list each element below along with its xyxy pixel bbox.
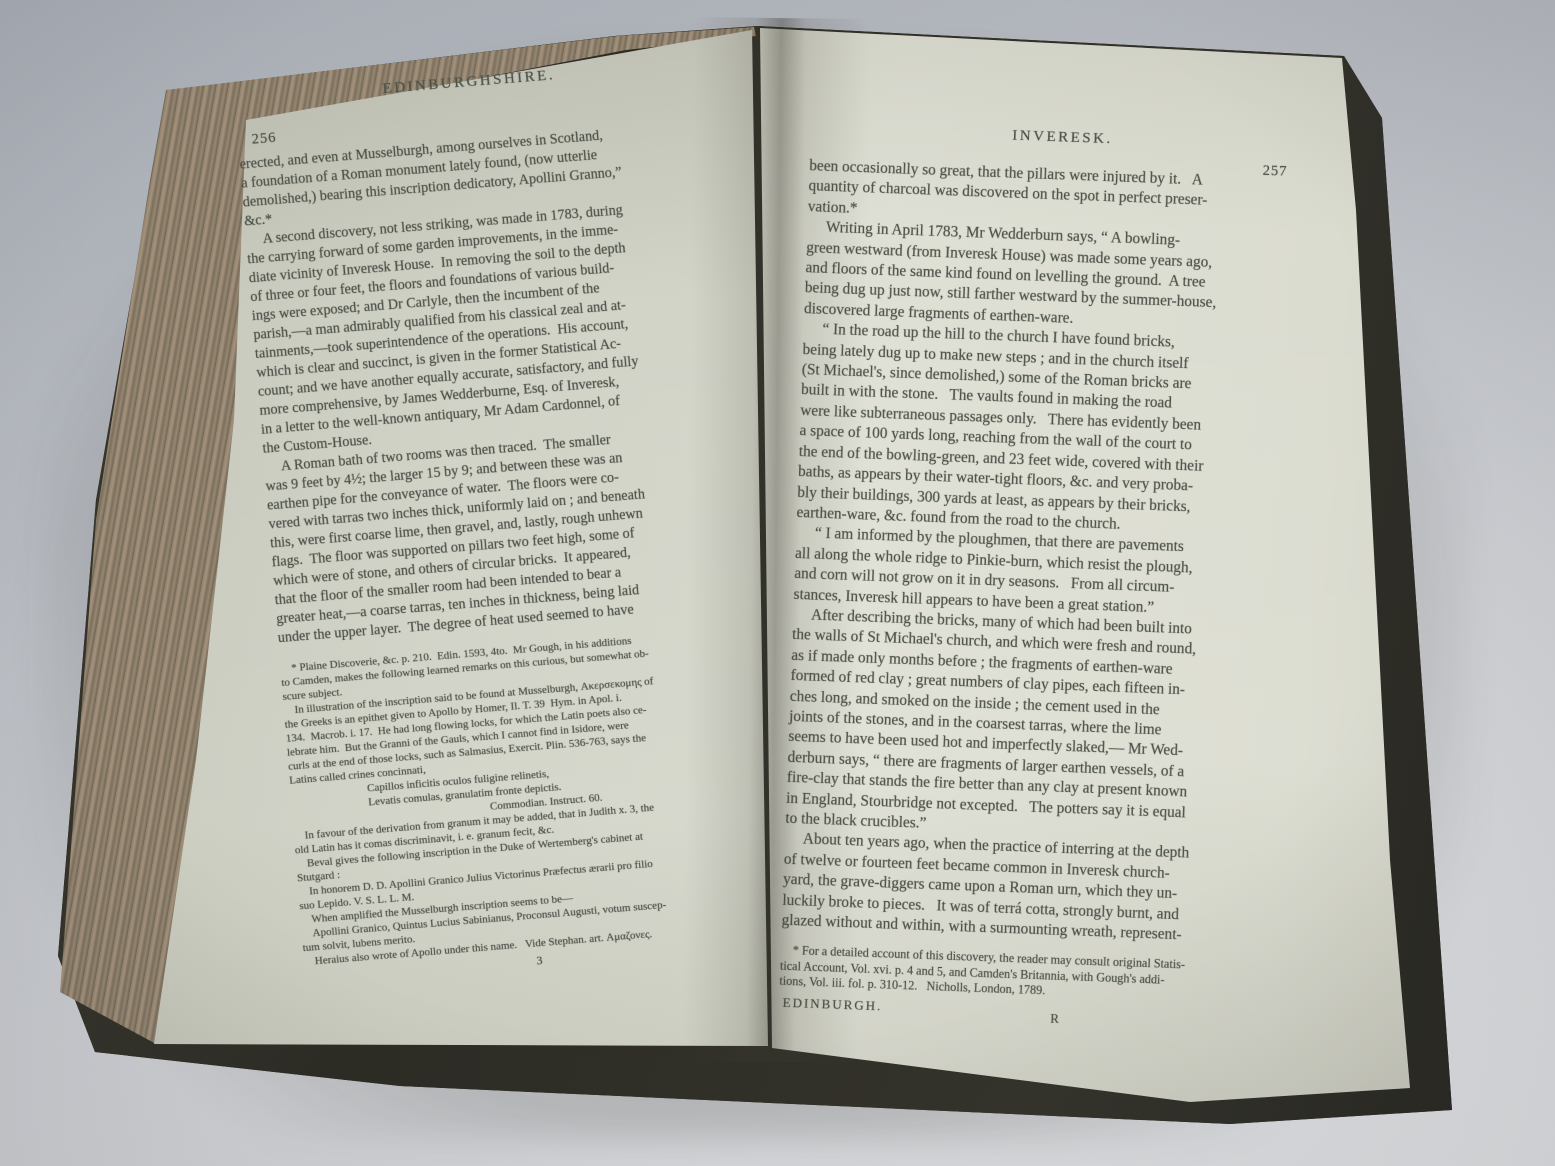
right-page-number: 257 (1262, 163, 1287, 181)
left-body-text: erected, and even at Musselburgh, among … (239, 118, 747, 648)
left-footnotes: * Plaine Discoverie, &c. p. 210. Edin. 1… (280, 624, 773, 969)
catchword: R (1050, 1011, 1059, 1027)
right-body-text: been occasionally so great, that the pil… (781, 156, 1313, 949)
imprint-text: EDINBURGH. (782, 995, 882, 1015)
left-page-number: 256 (251, 130, 277, 149)
left-page-text: EDINBURGHSHIRE. 256 erected, and even at… (234, 55, 774, 987)
right-page-text: INVERESK. 257 been occasionally so great… (778, 120, 1315, 1035)
book-photo-scene: EDINBURGHSHIRE. 256 erected, and even at… (0, 0, 1555, 1166)
